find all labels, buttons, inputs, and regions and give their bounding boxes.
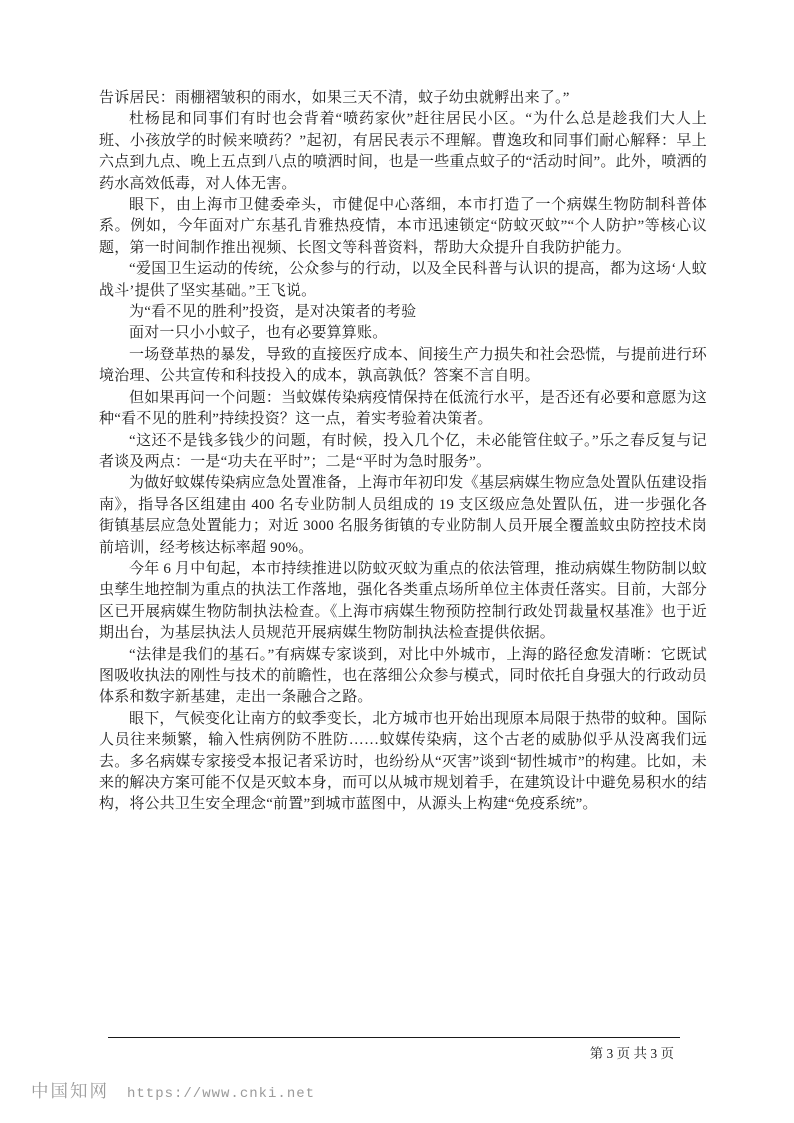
cnki-url-text: https://www.cnki.net — [127, 1086, 315, 1102]
paragraph: 但如果再问一个问题：当蚊媒传染病疫情保持在低流行水平，是否还有必要和意愿为这种“… — [99, 388, 707, 431]
page-number: 第 3 页 共 3 页 — [108, 1042, 674, 1062]
paragraph: “法律是我们的基石。”有病媒专家谈到，对比中外城市，上海的路径愈发清晰：它既试图… — [99, 645, 707, 709]
cnki-watermark: 中国知网 https://www.cnki.net — [31, 1078, 315, 1103]
paragraph: 一场登革热的暴发，导致的直接医疗成本、间接生产力损失和社会恐慌，与提前进行环境治… — [99, 345, 707, 388]
paragraph: “爱国卫生运动的传统，公众参与的行动，以及全民科普与认识的提高，都为这场‘人蚊战… — [99, 259, 707, 302]
paragraph: 为做好蚊媒传染病应急处置准备，上海市年初印发《基层病媒生物应急处置队伍建设指南》… — [99, 473, 707, 559]
footer-divider — [108, 1037, 680, 1038]
paragraph: “这还不是钱多钱少的问题，有时候，投入几个亿，未必能管住蚊子。”乐之春反复与记者… — [99, 431, 707, 474]
paragraph: 眼下，气候变化让南方的蚊季变长，北方城市也开始出现原本局限于热带的蚊种。国际人员… — [99, 709, 707, 816]
paragraph: 面对一只小小蚊子，也有必要算算账。 — [99, 323, 707, 344]
paragraph: 杜杨昆和同事们有时也会背着“喷药家伙”赶往居民小区。“为什么总是趁我们大人上班、… — [99, 109, 707, 195]
paragraph: 今年 6 月中旬起，本市持续推进以防蚊灭蚊为重点的依法管理，推动病媒生物防制以蚊… — [99, 559, 707, 645]
paragraph: 眼下，由上海市卫健委牵头，市健促中心落细，本市打造了一个病媒生物防制科普体系。例… — [99, 195, 707, 259]
paragraph: 告诉居民：雨棚褶皱积的雨水，如果三天不清，蚊子幼虫就孵出来了。” — [99, 88, 707, 109]
cnki-brand-text: 中国知网 — [31, 1081, 109, 1101]
document-page: 告诉居民：雨棚褶皱积的雨水，如果三天不清，蚊子幼虫就孵出来了。”杜杨昆和同事们有… — [0, 0, 794, 1123]
section-heading: 为“看不见的胜利”投资，是对决策者的考验 — [99, 302, 707, 323]
document-body: 告诉居民：雨棚褶皱积的雨水，如果三天不清，蚊子幼虫就孵出来了。”杜杨昆和同事们有… — [99, 88, 707, 816]
